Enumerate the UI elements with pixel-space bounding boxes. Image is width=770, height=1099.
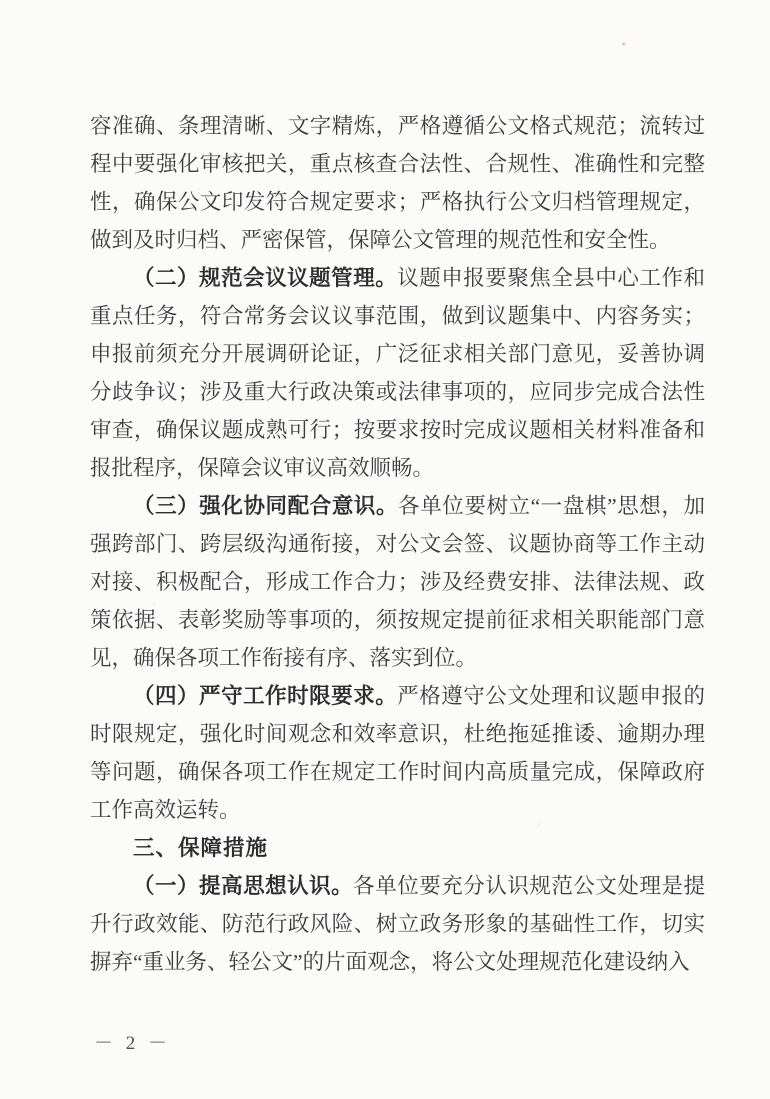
paragraph-text: 各单位要树立“一盘棋”思想，加强跨部门、跨层级沟通衔接，对公文会签、议题协商等工… xyxy=(90,494,705,670)
paragraph-lead: （二）规范会议议题管理。 xyxy=(133,266,397,290)
paragraph-text: 议题申报要聚焦全县中心工作和重点任务，符合常务会议议事范围，做到议题集中、内容务… xyxy=(90,266,705,480)
paragraph-4: （四）严守工作时限要求。严格遵守公文处理和议题申报的时限规定，强化时间观念和效率… xyxy=(90,677,705,829)
document-body: 容准确、条理清晰、文字精炼，严格遵循公文格式规范；流转过程中要强化审核把关，重点… xyxy=(90,107,705,981)
section-heading: 三、保障措施 xyxy=(90,829,705,867)
paragraph-5: （一）提高思想认识。各单位要充分认识规范公文处理是提升行政效能、防范行政风险、树… xyxy=(90,867,705,981)
page-number: － 2 － xyxy=(94,1028,171,1055)
paragraph-lead: （四）严守工作时限要求。 xyxy=(133,684,397,708)
paragraph-2: （二）规范会议议题管理。议题申报要聚焦全县中心工作和重点任务，符合常务会议议事范… xyxy=(90,259,705,487)
paragraph-lead: （一）提高思想认识。 xyxy=(133,874,353,898)
paragraph-continuation: 容准确、条理清晰、文字精炼，严格遵循公文格式规范；流转过程中要强化审核把关，重点… xyxy=(90,107,705,259)
paragraph-3: （三）强化协同配合意识。各单位要树立“一盘棋”思想，加强跨部门、跨层级沟通衔接，… xyxy=(90,487,705,677)
document-page: 容准确、条理清晰、文字精炼，严格遵循公文格式规范；流转过程中要强化审核把关，重点… xyxy=(0,0,770,1099)
paragraph-lead: （三）强化协同配合意识。 xyxy=(133,494,398,518)
paragraph-text: 容准确、条理清晰、文字精炼，严格遵循公文格式规范；流转过程中要强化审核把关，重点… xyxy=(90,114,705,252)
